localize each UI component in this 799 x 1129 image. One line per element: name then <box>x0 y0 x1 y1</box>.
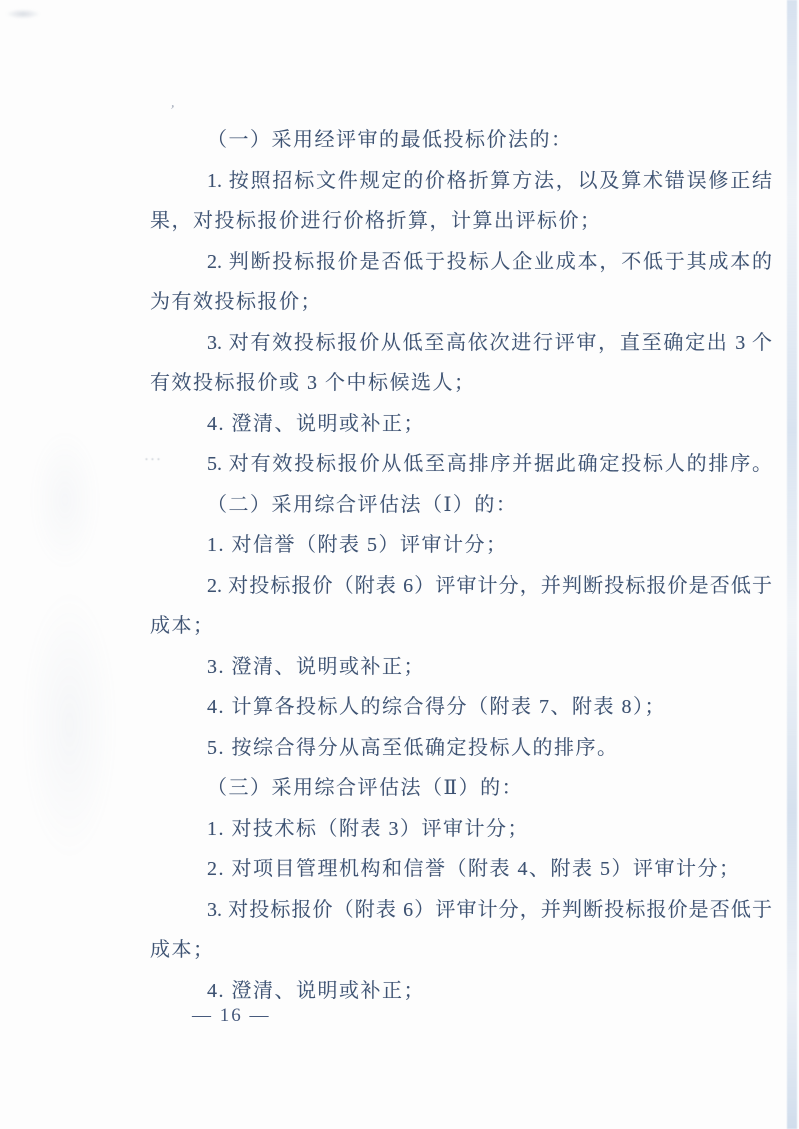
text-line-10: （二）采用综合评估法（Ⅰ）的： <box>150 485 772 526</box>
document-body-text: （一）采用经评审的最低投标价法的：1. 按照招标文件规定的价格折算方法，以及算术… <box>150 120 772 1011</box>
text-line-19: 2. 对项目管理机构和信誉（附表 4、附表 5）评审计分； <box>150 849 772 890</box>
page-number: — 16 — <box>192 1003 271 1029</box>
text-line-15: 4. 计算各投标人的综合得分（附表 7、附表 8）； <box>150 687 772 728</box>
text-line-21: 成本； <box>150 930 772 971</box>
scan-edge-shadow <box>787 0 797 1129</box>
text-line-8: 4. 澄清、说明或补正； <box>150 404 772 445</box>
text-line-17: （三）采用综合评估法（Ⅱ）的： <box>150 768 772 809</box>
text-line-13: 成本； <box>150 606 772 647</box>
text-line-6: 3. 对有效投标报价从低至高依次进行评审，直至确定出 3 个 <box>150 323 772 364</box>
text-line-11: 1. 对信誉（附表 5）评审计分； <box>150 525 772 566</box>
scan-mark-icon: ’ <box>167 103 175 121</box>
text-line-5: 为有效投标报价； <box>150 282 772 323</box>
text-line-12: 2. 对投标报价（附表 6）评审计分，并判断投标报价是否低于 <box>150 566 772 607</box>
text-line-16: 5. 按综合得分从高至低确定投标人的排序。 <box>150 728 772 769</box>
pencil-smudge-mark: ··· <box>144 452 162 469</box>
text-line-18: 1. 对技术标（附表 3）评审计分； <box>150 809 772 850</box>
text-line-14: 3. 澄清、说明或补正； <box>150 647 772 688</box>
text-line-7: 有效投标报价或 3 个中标候选人； <box>150 363 772 404</box>
ink-bleedthrough <box>30 430 100 570</box>
text-line-9: 5. 对有效投标报价从低至高排序并据此确定投标人的排序。 <box>150 444 772 485</box>
text-line-3: 果，对投标报价进行价格折算，计算出评标价； <box>150 201 772 242</box>
text-line-4: 2. 判断投标报价是否低于投标人企业成本，不低于其成本的 <box>150 242 772 283</box>
scan-speck-icon <box>6 9 40 19</box>
ink-bleedthrough <box>22 590 117 860</box>
text-line-20: 3. 对投标报价（附表 6）评审计分，并判断投标报价是否低于 <box>150 890 772 931</box>
scanned-page: ’ （一）采用经评审的最低投标价法的：1. 按照招标文件规定的价格折算方法，以及… <box>0 0 799 1129</box>
text-line-2: 1. 按照招标文件规定的价格折算方法，以及算术错误修正结 <box>150 161 772 202</box>
text-line-1: （一）采用经评审的最低投标价法的： <box>150 120 772 161</box>
